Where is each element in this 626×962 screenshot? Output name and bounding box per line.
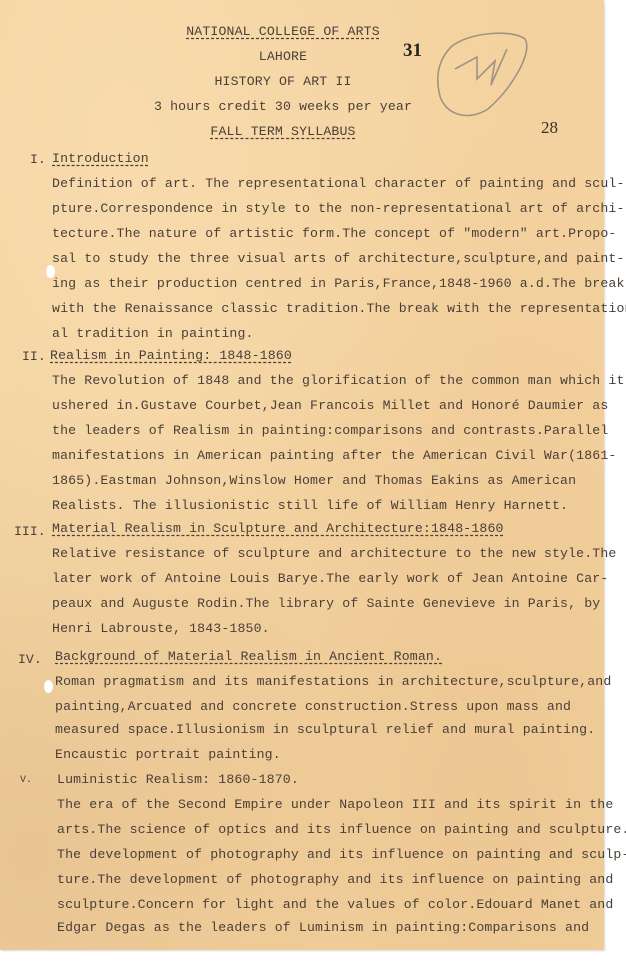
body-line: The Revolution of 1848 and the glorifica…: [52, 374, 625, 387]
body-line: Roman pragmatism and its manifestations …: [55, 675, 611, 688]
body-line: Relative resistance of sculpture and arc…: [52, 547, 616, 560]
body-line: measured space.Illusionism in sculptural…: [55, 723, 595, 736]
body-line: peaux and Auguste Rodin.The library of S…: [52, 597, 600, 610]
section-numeral: II.: [22, 349, 46, 364]
body-line: 1865).Eastman Johnson,Winslow Homer and …: [52, 474, 576, 487]
pencil-circled-mark-icon: [433, 27, 533, 119]
body-line: al tradition in painting.: [52, 327, 254, 340]
section-numeral: III.: [14, 524, 46, 539]
body-line: sal to study the three visual arts of ar…: [52, 252, 625, 265]
syllabus-page: NATIONAL COLLEGE OF ARTS LAHORE HISTORY …: [0, 0, 604, 950]
section-title: Material Realism in Sculpture and Archit…: [52, 522, 504, 535]
body-line: with the Renaissance classic tradition.T…: [52, 302, 626, 315]
section-numeral: I.: [30, 152, 46, 167]
body-line: later work of Antoine Louis Barye.The ea…: [52, 572, 608, 585]
body-line: The era of the Second Empire under Napol…: [57, 798, 613, 811]
body-line: manifestations in American painting afte…: [52, 449, 616, 462]
body-line: Henri Labrouste, 1843-1850.: [52, 622, 270, 635]
body-line: tecture.The nature of artistic form.The …: [52, 227, 616, 240]
body-line: Realists. The illusionistic still life o…: [52, 499, 568, 512]
stamped-number: 31: [403, 40, 422, 62]
term-heading: FALL TERM SYLLABUS: [0, 125, 566, 138]
body-line: Definition of art. The representational …: [52, 177, 625, 190]
body-line: ushered in.Gustave Courbet,Jean Francois…: [52, 399, 608, 412]
body-line: arts.The science of optics and its influ…: [57, 823, 626, 836]
punch-hole: [44, 680, 53, 693]
page-number: 28: [541, 118, 558, 138]
body-line: The development of photography and its i…: [57, 848, 626, 861]
body-line: sculpture.Concern for light and the valu…: [57, 898, 613, 911]
body-line: painting,Arcuated and concrete construct…: [55, 700, 571, 713]
body-line: the leaders of Realism in painting:compa…: [52, 424, 608, 437]
body-line: ture.The development of photography and …: [57, 873, 613, 886]
section-title: Background of Material Realism in Ancien…: [55, 650, 442, 663]
body-line: Encaustic portrait painting.: [55, 748, 281, 761]
punch-hole: [46, 265, 55, 278]
section-title: Realism in Painting: 1848-1860: [50, 349, 292, 362]
body-line: pture.Correspondence in style to the non…: [52, 202, 625, 215]
body-line: ing as their production centred in Paris…: [52, 277, 625, 290]
section-numeral: IV.: [18, 652, 42, 667]
section-title: Luministic Realism: 1860-1870.: [57, 773, 299, 786]
body-line: Edgar Degas as the leaders of Luminism i…: [57, 921, 589, 934]
section-title: Introduction: [52, 152, 149, 165]
section-numeral: V.: [20, 775, 32, 786]
